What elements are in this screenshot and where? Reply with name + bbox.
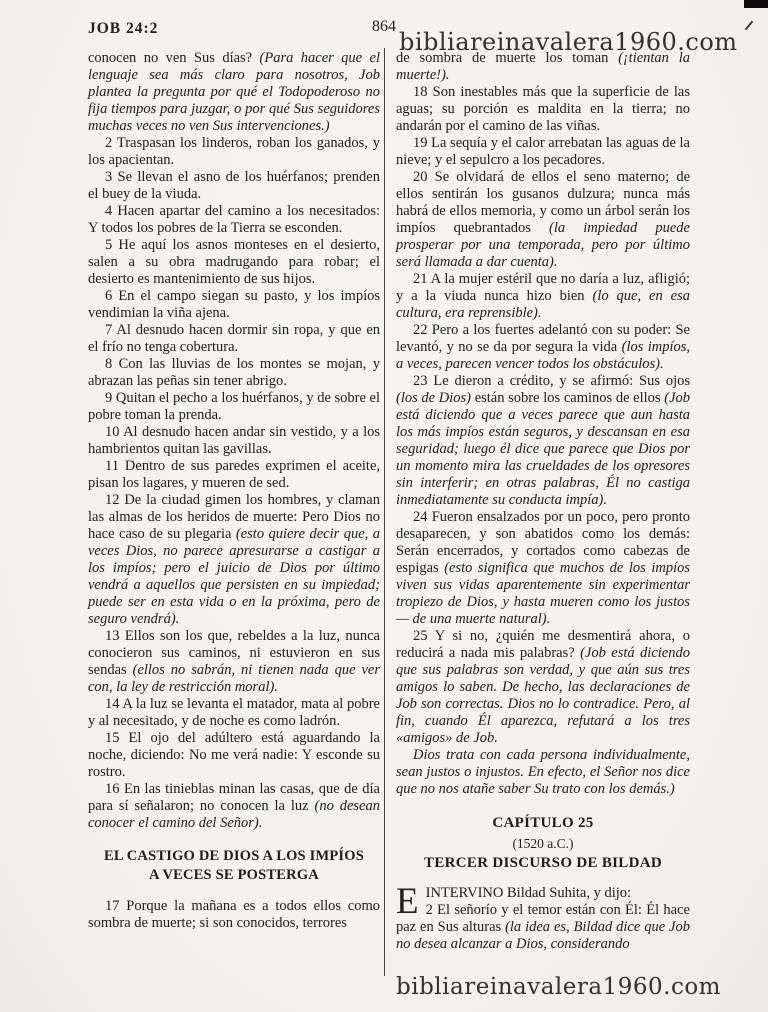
- verse-paragraph: 7 Al desnudo hacen dormir sin ropa, y qu…: [88, 322, 380, 356]
- commentary-text: Dios trata con cada persona individualme…: [396, 747, 690, 797]
- verse-text: 18 Son inestables más que la superficie …: [396, 84, 690, 134]
- verse-text: 23 Le dieron a crédito, y se afirmó: Sus…: [413, 373, 690, 389]
- chapter-heading-line: (1520 a.C.): [396, 834, 690, 853]
- verse-paragraph: conocen no ven Sus días? (Para hacer que…: [88, 50, 380, 135]
- verse-text: 17 Porque la mañana es a todos ellos com…: [88, 898, 380, 931]
- verse-paragraph: 20 Se olvidará de ellos el seno materno;…: [396, 169, 690, 271]
- verse-text: 11 Dentro de sus paredes exprimen el ace…: [88, 458, 380, 491]
- verse-text: 7 Al desnudo hacen dormir sin ropa, y qu…: [88, 322, 380, 355]
- verse-paragraph: 3 Se llevan el asno de los huérfanos; pr…: [88, 169, 380, 203]
- verse-text: 8 Con las lluvias de los montes se mojan…: [88, 356, 380, 389]
- commentary-text: (Job está diciendo que a veces parece qu…: [396, 390, 690, 508]
- verse-paragraph: 5 He aquí los asnos monteses en el desie…: [88, 237, 380, 288]
- commentary-text: (los de Dios): [396, 390, 471, 406]
- column-divider: [384, 48, 385, 976]
- dropcap-paragraph: EINTERVINO Bildad Suhita, y dijo:2 El se…: [396, 885, 690, 953]
- verse-paragraph: de sombra de muerte los toman (¡tientan …: [396, 50, 690, 84]
- verse-text: 15 El ojo del adúltero está aguardando l…: [88, 730, 380, 780]
- verse-paragraph: 15 El ojo del adúltero está aguardando l…: [88, 730, 380, 781]
- verse-paragraph: 8 Con las lluvias de los montes se mojan…: [88, 356, 380, 390]
- verse-paragraph: 9 Quitan el pecho a los huérfanos, y de …: [88, 390, 380, 424]
- verse-text: 14 A la luz se levanta el matador, mata …: [88, 696, 380, 729]
- verse-paragraph: 18 Son inestables más que la superficie …: [396, 84, 690, 135]
- section-heading-line: A VECES SE POSTERGA: [88, 866, 380, 885]
- verse-paragraph: Dios trata con cada persona individualme…: [396, 747, 690, 798]
- verse-paragraph: 17 Porque la mañana es a todos ellos com…: [88, 898, 380, 932]
- verse-paragraph: 12 De la ciudad gimen los hombres, y cla…: [88, 492, 380, 628]
- verse-paragraph: 13 Ellos son los que, rebeldes a la luz,…: [88, 628, 380, 696]
- verse-paragraph: 6 En el campo siegan su pasto, y los imp…: [88, 288, 380, 322]
- verse-text: conocen no ven Sus días?: [88, 50, 260, 66]
- scan-artifact-corner: [744, 0, 768, 8]
- verse-paragraph: 11 Dentro de sus paredes exprimen el ace…: [88, 458, 380, 492]
- section-heading: EL CASTIGO DE DIOS A LOS IMPÍOSA VECES S…: [88, 847, 380, 885]
- section-heading-line: EL CASTIGO DE DIOS A LOS IMPÍOS: [88, 847, 380, 866]
- verse-text: 4 Hacen apartar del camino a los necesit…: [88, 203, 380, 236]
- scanned-bible-page: JOB 24:2 864 bibliareinavalera1960.com c…: [0, 0, 768, 1012]
- verse-paragraph: 24 Fueron ensalzados por un poco, pero p…: [396, 509, 690, 628]
- verse-paragraph: 2 Traspasan los linderos, roban los gana…: [88, 135, 380, 169]
- chapter-heading-line: CAPÍTULO 25: [396, 814, 690, 833]
- right-column: de sombra de muerte los toman (¡tientan …: [396, 50, 690, 953]
- chapter-heading-line: TERCER DISCURSO DE BILDAD: [396, 854, 690, 873]
- verse-paragraph: 21 A la mujer estéril que no daría a luz…: [396, 271, 690, 322]
- verse-paragraph: 4 Hacen apartar del camino a los necesit…: [88, 203, 380, 237]
- verse-paragraph: 19 La sequía y el calor arrebatan las ag…: [396, 135, 690, 169]
- page-header-reference: JOB 24:2: [88, 20, 158, 38]
- commentary-text: (ellos no sabrán, ni tienen nada que ver…: [88, 662, 380, 695]
- left-column: conocen no ven Sus días? (Para hacer que…: [88, 50, 380, 932]
- chapter-heading: CAPÍTULO 25(1520 a.C.)TERCER DISCURSO DE…: [396, 814, 690, 873]
- scan-artifact-tick: [745, 21, 754, 31]
- verse-text: de sombra de muerte los toman: [396, 50, 618, 66]
- verse-paragraph: 10 Al desnudo hacen andar sin vestido, y…: [88, 424, 380, 458]
- verse-text: 9 Quitan el pecho a los huérfanos, y de …: [88, 390, 380, 423]
- verse-paragraph: 25 Y si no, ¿quién me desmentirá ahora, …: [396, 628, 690, 747]
- verse-text: 3 Se llevan el asno de los huérfanos; pr…: [88, 169, 380, 202]
- verse-text: 6 En el campo siegan su pasto, y los imp…: [88, 288, 380, 321]
- verse-paragraph: 14 A la luz se levanta el matador, mata …: [88, 696, 380, 730]
- verse-text: 19 La sequía y el calor arrebatan las ag…: [396, 135, 690, 168]
- drop-cap: E: [396, 887, 419, 917]
- verse-paragraph: 16 En las tinieblas minan las casas, que…: [88, 781, 380, 832]
- verse-text: INTERVINO Bildad Suhita, y dijo:: [426, 885, 631, 901]
- verse-text: 10 Al desnudo hacen andar sin vestido, y…: [88, 424, 380, 457]
- verse-text: 5 He aquí los asnos monteses en el desie…: [88, 237, 380, 287]
- watermark-bottom: bibliareinavalera1960.com: [396, 974, 696, 1000]
- verse-text: 2 Traspasan los linderos, roban los gana…: [88, 135, 380, 168]
- verse-paragraph: 23 Le dieron a crédito, y se afirmó: Sus…: [396, 373, 690, 509]
- verse-text: están sobre los caminos de ellos: [471, 390, 664, 406]
- verse-paragraph: 22 Pero a los fuertes adelantó con su po…: [396, 322, 690, 373]
